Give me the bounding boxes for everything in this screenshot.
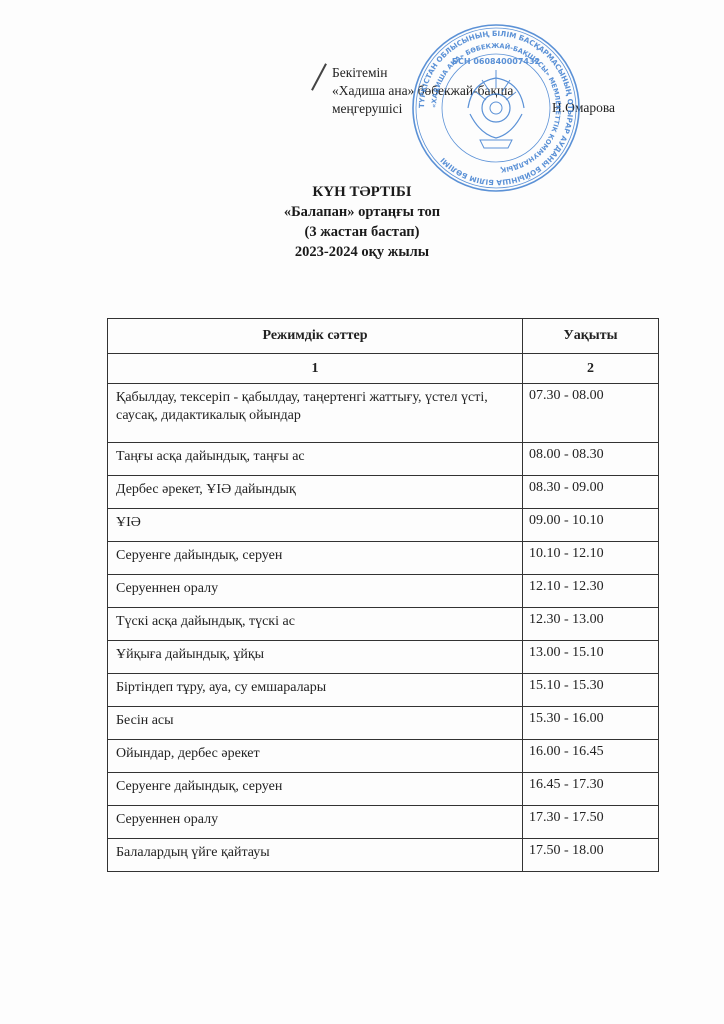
table-header-row: Режимдік сәттер Уақыты bbox=[108, 319, 659, 354]
official-stamp-icon: ТҮРКІСТАН ОБЛЫСЫНЫҢ БІЛІМ БАСҚАРМАСЫНЫҢ … bbox=[410, 22, 582, 194]
activity-cell: Серуенге дайындық, серуен bbox=[108, 773, 523, 806]
table-row: Серуенге дайындық, серуен10.10 - 12.10 bbox=[108, 542, 659, 575]
group-name: «Балапан» ортаңғы топ bbox=[0, 202, 724, 222]
activity-cell: Серуеннен оралу bbox=[108, 806, 523, 839]
table-row: Дербес әрекет, ҰІӘ дайындық08.30 - 09.00 bbox=[108, 476, 659, 509]
header-activity: Режимдік сәттер bbox=[108, 319, 523, 354]
svg-text:БСН 060840007432: БСН 060840007432 bbox=[452, 57, 540, 66]
table-row: Түскі асқа дайындық, түскі ас12.30 - 13.… bbox=[108, 608, 659, 641]
table-row: Серуеннен оралу17.30 - 17.50 bbox=[108, 806, 659, 839]
table-row: Ұйқыға дайындық, ұйқы13.00 - 15.10 bbox=[108, 641, 659, 674]
table-row: Балалардың үйге қайтауы17.50 - 18.00 bbox=[108, 839, 659, 872]
table-row: Таңғы асқа дайындық, таңғы ас08.00 - 08.… bbox=[108, 443, 659, 476]
activity-cell: Таңғы асқа дайындық, таңғы ас bbox=[108, 443, 523, 476]
column-number-2: 2 bbox=[523, 354, 659, 384]
table-row: Ойындар, дербес әрекет16.00 - 16.45 bbox=[108, 740, 659, 773]
svg-text:ТҮРКІСТАН ОБЛЫСЫНЫҢ БІЛІМ БАСҚ: ТҮРКІСТАН ОБЛЫСЫНЫҢ БІЛІМ БАСҚАРМАСЫНЫҢ … bbox=[417, 29, 575, 187]
table-row: Біртіндеп тұру, ауа, су емшаралары15.10 … bbox=[108, 674, 659, 707]
table-row: Қабылдау, тексеріп - қабылдау, таңертенг… bbox=[108, 384, 659, 443]
age-range: (3 жастан бастап) bbox=[0, 222, 724, 242]
time-cell: 07.30 - 08.00 bbox=[523, 384, 659, 443]
time-cell: 10.10 - 12.10 bbox=[523, 542, 659, 575]
time-cell: 15.30 - 16.00 bbox=[523, 707, 659, 740]
header-time: Уақыты bbox=[523, 319, 659, 354]
activity-cell: Ұйқыға дайындық, ұйқы bbox=[108, 641, 523, 674]
activity-cell: Дербес әрекет, ҰІӘ дайындық bbox=[108, 476, 523, 509]
document-title: КҮН ТӘРТІБІ bbox=[0, 182, 724, 202]
activity-cell: Бесін асы bbox=[108, 707, 523, 740]
activity-cell: Түскі асқа дайындық, түскі ас bbox=[108, 608, 523, 641]
activity-cell: Балалардың үйге қайтауы bbox=[108, 839, 523, 872]
time-cell: 08.00 - 08.30 bbox=[523, 443, 659, 476]
column-number-row: 1 2 bbox=[108, 354, 659, 384]
time-cell: 17.50 - 18.00 bbox=[523, 839, 659, 872]
activity-cell: Ойындар, дербес әрекет bbox=[108, 740, 523, 773]
time-cell: 12.30 - 13.00 bbox=[523, 608, 659, 641]
time-cell: 16.00 - 16.45 bbox=[523, 740, 659, 773]
time-cell: 12.10 - 12.30 bbox=[523, 575, 659, 608]
document-heading: КҮН ТӘРТІБІ «Балапан» ортаңғы топ (3 жас… bbox=[0, 182, 724, 262]
activity-cell: Біртіндеп тұру, ауа, су емшаралары bbox=[108, 674, 523, 707]
column-number-1: 1 bbox=[108, 354, 523, 384]
activity-cell: Серуенге дайындық, серуен bbox=[108, 542, 523, 575]
time-cell: 13.00 - 15.10 bbox=[523, 641, 659, 674]
time-cell: 09.00 - 10.10 bbox=[523, 509, 659, 542]
activity-cell: ҰІӘ bbox=[108, 509, 523, 542]
table-row: Серуенге дайындық, серуен16.45 - 17.30 bbox=[108, 773, 659, 806]
table-row: Бесін асы15.30 - 16.00 bbox=[108, 707, 659, 740]
time-cell: 15.10 - 15.30 bbox=[523, 674, 659, 707]
academic-year: 2023-2024 оқу жылы bbox=[0, 242, 724, 262]
table-row: Серуеннен оралу12.10 - 12.30 bbox=[108, 575, 659, 608]
activity-cell: Серуеннен оралу bbox=[108, 575, 523, 608]
schedule-table: Режимдік сәттер Уақыты 1 2 Қабылдау, тек… bbox=[107, 318, 659, 872]
table-row: ҰІӘ09.00 - 10.10 bbox=[108, 509, 659, 542]
time-cell: 16.45 - 17.30 bbox=[523, 773, 659, 806]
time-cell: 17.30 - 17.50 bbox=[523, 806, 659, 839]
activity-cell: Қабылдау, тексеріп - қабылдау, таңертенг… bbox=[108, 384, 523, 443]
document-page: Бекітемін «Хадиша ана» бөбекжай-бақша ме… bbox=[0, 0, 724, 1024]
time-cell: 08.30 - 09.00 bbox=[523, 476, 659, 509]
pen-mark bbox=[311, 63, 327, 90]
